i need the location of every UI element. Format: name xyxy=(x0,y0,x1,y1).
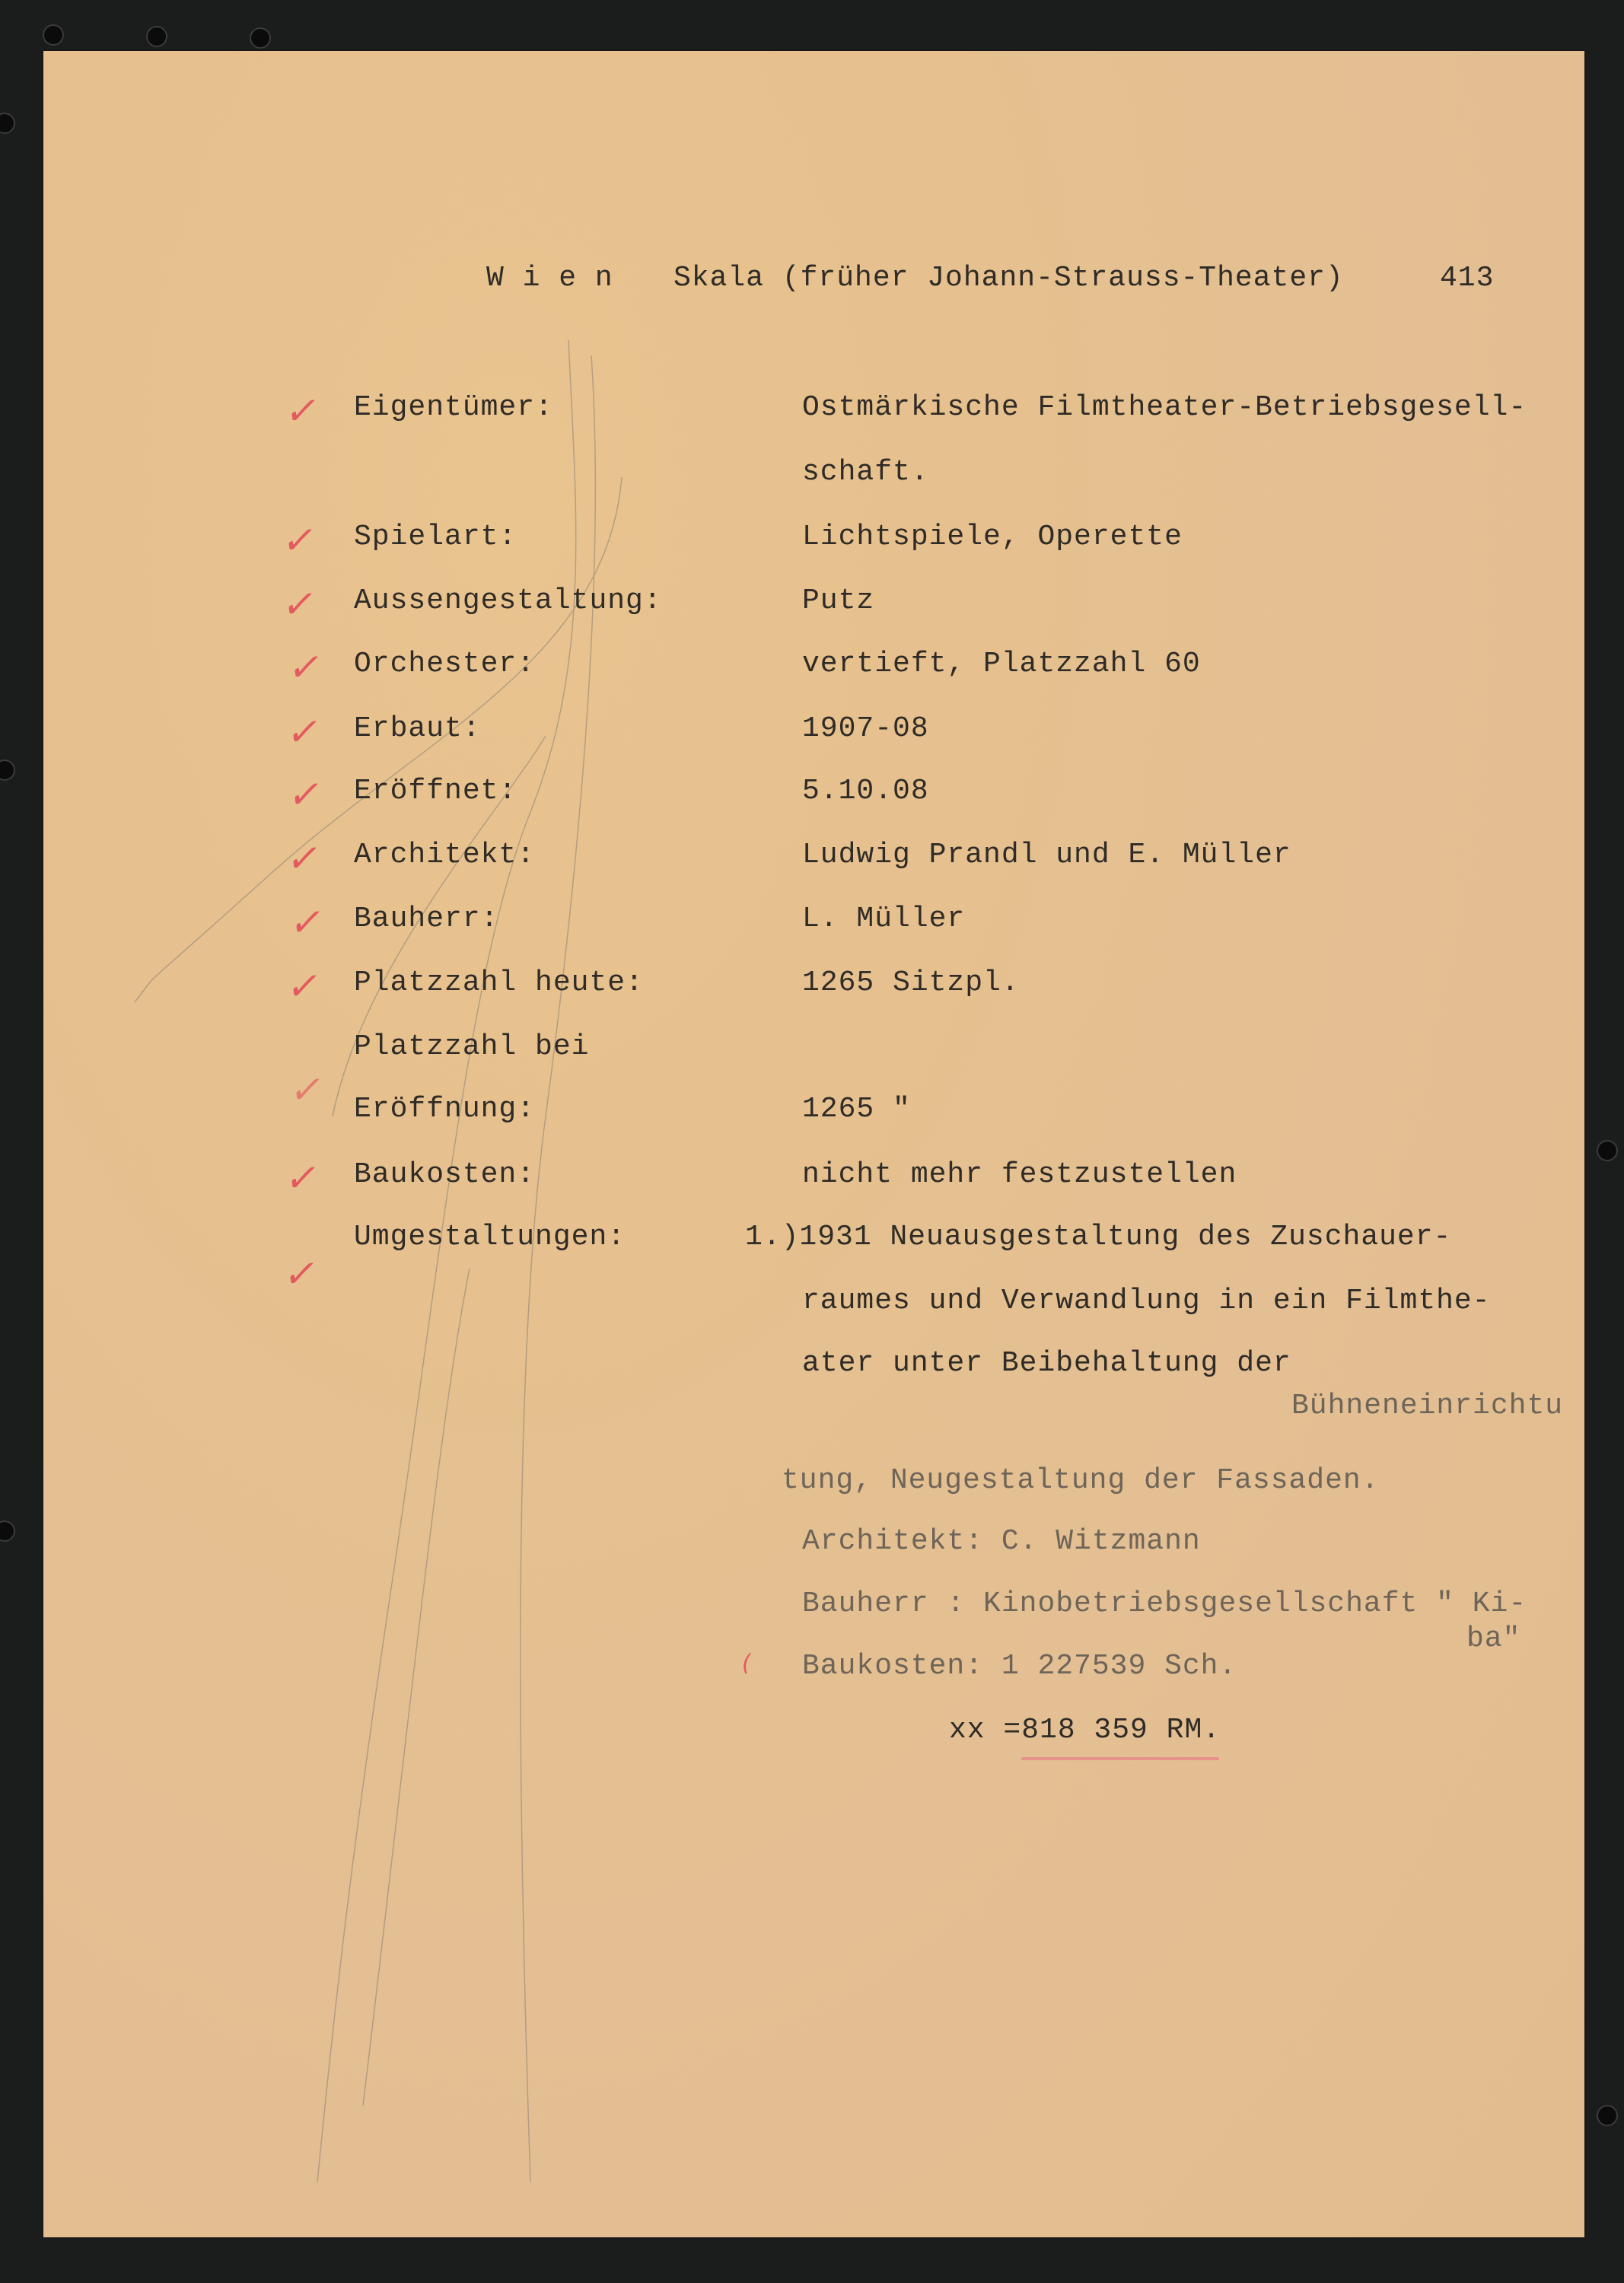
field-value-eigentuemer-cont: schaft. xyxy=(802,458,929,487)
field-label-spielart: Spielart: xyxy=(354,523,517,552)
red-checkmark-icon: ✓ xyxy=(285,967,325,1005)
red-checkmark-icon: ✓ xyxy=(285,713,325,751)
field-label-eroeffnung: Eröffnung: xyxy=(354,1095,535,1124)
field-value-orchester: vertieft, Platzzahl 60 xyxy=(802,650,1201,679)
header-city: W i e n xyxy=(486,264,613,293)
umgestaltung-line: tung, Neugestaltung der Fassaden. xyxy=(782,1466,1380,1495)
field-label-platzzahl-bei: Platzzahl bei xyxy=(354,1033,589,1062)
umgestaltung-baukosten: Baukosten: 1 227539 Sch. xyxy=(802,1652,1237,1681)
red-underline xyxy=(1021,1757,1219,1760)
field-value-architekt: Ludwig Prandl und E. Müller xyxy=(802,841,1291,870)
red-checkmark-icon: ✓ xyxy=(280,585,320,623)
umgestaltung-line: raumes und Verwandlung in ein Filmthe- xyxy=(802,1287,1491,1316)
umgestaltung-baukosten-rm: xx =818 359 RM. xyxy=(949,1716,1221,1745)
punch-hole xyxy=(0,114,14,132)
header-title: Skala (früher Johann-Strauss-Theater) xyxy=(673,264,1344,293)
red-checkmark-icon: ✓ xyxy=(286,775,326,814)
field-label-bauherr: Bauherr: xyxy=(354,905,498,934)
umgestaltung-bauherr-cont: ba" xyxy=(1466,1625,1521,1654)
field-label-baukosten: Baukosten: xyxy=(354,1161,535,1189)
field-value-umgestaltungen: 1.)1931 Neuausgestaltung des Zuschauer- xyxy=(745,1223,1451,1252)
red-checkmark-icon: ✓ xyxy=(283,392,323,430)
red-checkmark-icon: ✓ xyxy=(282,1255,322,1293)
umgestaltung-line: ater unter Beibehaltung der xyxy=(802,1349,1291,1378)
field-label-platzzahl-heute: Platzzahl heute: xyxy=(354,969,644,998)
field-value-spielart: Lichtspiele, Operette xyxy=(802,523,1183,552)
page-number: 413 xyxy=(1440,264,1494,293)
red-checkmark-icon: ✓ xyxy=(288,903,328,941)
field-value-eroeffnet: 5.10.08 xyxy=(802,777,929,806)
field-label-orchester: Orchester: xyxy=(354,650,535,679)
punch-hole xyxy=(44,26,62,44)
field-value-erbaut: 1907-08 xyxy=(802,715,929,743)
umgestaltung-architekt: Architekt: C. Witzmann xyxy=(802,1527,1201,1556)
punch-hole xyxy=(0,761,14,779)
umgestaltung-bauherr: Bauherr : Kinobetriebsgesellschaft " Ki- xyxy=(802,1590,1527,1619)
field-value-platzzahl-heute: 1265 Sitzpl. xyxy=(802,969,1020,998)
punch-hole xyxy=(1598,1141,1616,1160)
red-checkmark-icon: ✓ xyxy=(280,521,320,559)
field-label-aussengestaltung: Aussengestaltung: xyxy=(354,587,662,616)
red-checkmark-icon: ✓ xyxy=(288,1071,328,1109)
punch-hole xyxy=(1598,2106,1616,2125)
punch-hole xyxy=(148,27,166,46)
punch-hole xyxy=(251,29,269,47)
punch-hole xyxy=(0,1522,14,1540)
field-value-platzzahl-eroeffnung: 1265 " xyxy=(802,1095,911,1124)
field-value-aussengestaltung: Putz xyxy=(802,587,874,616)
pencil-marks xyxy=(43,51,1584,2237)
field-label-umgestaltungen: Umgestaltungen: xyxy=(354,1223,626,1252)
umgestaltung-line-overflow: Bühneneinrichtu xyxy=(1291,1392,1563,1421)
red-checkmark-icon: ✓ xyxy=(286,648,326,686)
field-label-eigentuemer: Eigentümer: xyxy=(354,393,553,422)
field-value-eigentuemer: Ostmärkische Filmtheater-Betriebsgesell- xyxy=(802,393,1527,422)
field-label-architekt: Architekt: xyxy=(354,841,535,870)
document-page: W i e n Skala (früher Johann-Strauss-The… xyxy=(43,51,1584,2237)
red-checkmark-icon: ✓ xyxy=(285,839,325,877)
field-label-eroeffnet: Eröffnet: xyxy=(354,777,517,806)
field-value-baukosten: nicht mehr festzustellen xyxy=(802,1161,1237,1189)
red-pencil-mark-icon: ( xyxy=(740,1652,753,1675)
field-value-bauherr: L. Müller xyxy=(802,905,965,934)
red-checkmark-icon: ✓ xyxy=(283,1159,323,1197)
field-label-erbaut: Erbaut: xyxy=(354,715,481,743)
